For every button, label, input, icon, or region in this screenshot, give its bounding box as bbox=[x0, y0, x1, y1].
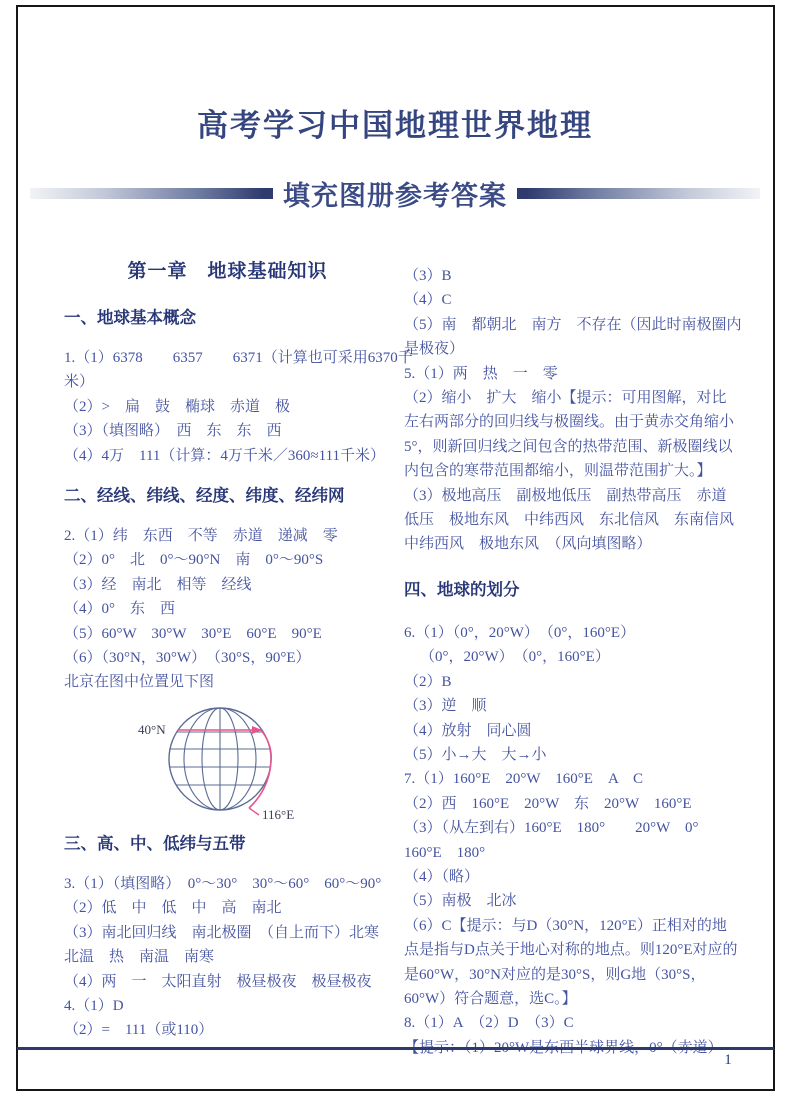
answer-line: （3）南北回归线 南北极圈 （自上而下）北寒 bbox=[64, 921, 391, 945]
globe-diagram: 40°N 116°E bbox=[100, 699, 340, 821]
label-leader-line bbox=[249, 808, 259, 815]
section-heading-1: 一、地球基本概念 bbox=[64, 306, 391, 331]
section-heading-4: 四、地球的划分 bbox=[404, 578, 744, 603]
answer-line: （3）（从左到右）160°E 180° 20°W 0° bbox=[404, 816, 744, 840]
globe-figure: 40°N 116°E bbox=[100, 699, 340, 826]
footer-rule bbox=[17, 1047, 774, 1050]
answer-line: 6.（1）（0°，20°W） （0°，160°E） bbox=[404, 621, 744, 645]
answer-line: 中纬西风 极地东风 （风向填图略） bbox=[404, 532, 744, 556]
banner-title: 填充图册参考答案 bbox=[283, 174, 507, 213]
answer-line: （3）（填图略） 西 东 东 西 bbox=[64, 419, 391, 443]
answer-line: 60°W）符合题意，选C。】 bbox=[404, 987, 744, 1011]
answer-line: 2.（1）纬 东西 不等 赤道 递减 零 bbox=[64, 524, 391, 548]
answer-line: 低压 极地东风 中纬西风 东北信风 东南信风 bbox=[404, 508, 744, 532]
answer-line: （4）两 一 太阳直射 极昼极夜 极昼极夜 bbox=[64, 970, 391, 994]
answer-line: 5°，则新回归线之间包含的热带范围、新极圈线以 bbox=[404, 435, 744, 459]
answer-line: （2）= 111（或110） bbox=[64, 1018, 391, 1042]
answer-line: （5）南 都朝北 南方 不存在（因此时南极圈内 bbox=[404, 313, 744, 337]
answer-line: 米） bbox=[64, 370, 391, 394]
answer-line: 北京在图中位置见下图 bbox=[64, 670, 391, 694]
section-heading-2: 二、经线、纬线、经度、纬度、经纬网 bbox=[64, 484, 391, 509]
answer-line: 7.（1）160°E 20°W 160°E A C bbox=[404, 767, 744, 791]
answer-line: 内包含的寒带范围都缩小，则温带范围扩大。】 bbox=[404, 459, 744, 483]
left-column: 第一章 地球基础知识 一、地球基本概念 1.（1）6378 6357 6371（… bbox=[64, 258, 391, 1043]
answer-line: （3）经 南北 相等 经线 bbox=[64, 573, 391, 597]
answer-line: 左右两部分的回归线与极圈线。由于黄赤交角缩小 bbox=[404, 410, 744, 434]
right-column: （3）B （4）C （5）南 都朝北 南方 不存在（因此时南极圈内 是极夜） 5… bbox=[404, 264, 744, 1060]
meridian-116e-highlight bbox=[249, 729, 271, 808]
answer-line: （2）> 扁 鼓 椭球 赤道 极 bbox=[64, 395, 391, 419]
answer-line: （4）0° 东 西 bbox=[64, 597, 391, 621]
longitude-label: 116°E bbox=[262, 807, 294, 821]
section-heading-3: 三、高、中、低纬与五带 bbox=[64, 832, 391, 857]
answer-line: （2）B bbox=[404, 670, 744, 694]
answer-line: （6）C【提示：与D（30°N，120°E）正相对的地 bbox=[404, 914, 744, 938]
answer-line: （2）0° 北 0°～90°N 南 0°～90°S bbox=[64, 548, 391, 572]
latitude-label: 40°N bbox=[138, 722, 166, 737]
answer-line: （5）60°W 30°W 30°E 60°E 90°E bbox=[64, 622, 391, 646]
answer-line: 4.（1）D bbox=[64, 994, 391, 1018]
answer-line: （3）B bbox=[404, 264, 744, 288]
answer-line: 北温 热 南温 南寒 bbox=[64, 945, 391, 969]
answer-line: （2）西 160°E 20°W 东 20°W 160°E bbox=[404, 792, 744, 816]
answer-line: 3.（1）（填图略） 0°～30° 30°～60° 60°～90° bbox=[64, 872, 391, 896]
page-number: 1 bbox=[700, 1052, 756, 1069]
answer-line: （2）缩小 扩大 缩小【提示：可用图解，对比 bbox=[404, 386, 744, 410]
answer-line: 8.（1）A （2）D （3）C bbox=[404, 1011, 744, 1035]
answer-line: 是极夜） bbox=[404, 337, 744, 361]
answer-line: （4）4万 111（计算：4万千米／360≈111千米） bbox=[64, 444, 391, 468]
answer-line: （2）低 中 低 中 高 南北 bbox=[64, 896, 391, 920]
answer-line: （4）（略） bbox=[404, 865, 744, 889]
answer-line: （5）南极 北冰 bbox=[404, 889, 744, 913]
answer-line: 是60°W，30°N对应的是30°S，则G地（30°S， bbox=[404, 963, 744, 987]
chapter-heading: 第一章 地球基础知识 bbox=[64, 258, 391, 286]
book-title: 高考学习中国地理世界地理 bbox=[0, 100, 790, 145]
answer-line: （4）放射 同心圆 bbox=[404, 719, 744, 743]
answer-line: （6）（30°N，30°W） （30°S，90°E） bbox=[64, 646, 391, 670]
answer-line: （5）小→大 大→小 bbox=[404, 743, 744, 767]
answer-line: （3）极地高压 副极地低压 副热带高压 赤道 bbox=[404, 484, 744, 508]
answer-line: 160°E 180° bbox=[404, 841, 744, 865]
banner-gradient-bar-left bbox=[30, 188, 273, 199]
answer-line: （4）C bbox=[404, 288, 744, 312]
banner-gradient-bar-right bbox=[517, 188, 760, 199]
answer-line: （3）逆 顺 bbox=[404, 694, 744, 718]
answer-line: 1.（1）6378 6357 6371（计算也可采用6370千 bbox=[64, 346, 391, 370]
answers-banner: 填充图册参考答案 bbox=[30, 176, 760, 210]
answer-line: 点是指与D点关于地心对称的地点。则120°E对应的 bbox=[404, 938, 744, 962]
answer-line: 5.（1）两 热 一 零 bbox=[404, 362, 744, 386]
answer-line: （0°，20°W） （0°，160°E） bbox=[404, 645, 744, 669]
